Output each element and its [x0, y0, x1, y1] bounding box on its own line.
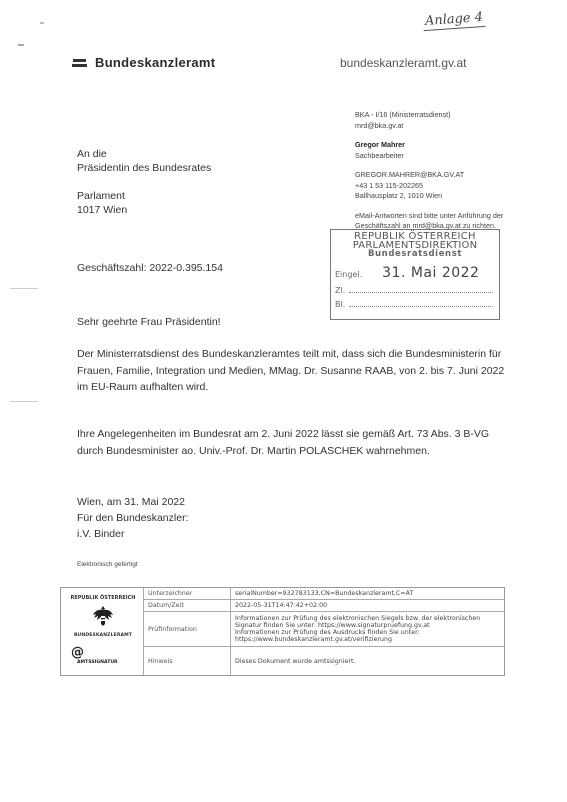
sender-phone: +43 1 53 115-202265: [355, 181, 503, 192]
scan-speck: [40, 22, 44, 24]
official-seal: REPUBLIK ÖSTERREICH BUNDESKANZLERAMT @ A…: [67, 591, 139, 673]
flag-logo-icon: [72, 59, 87, 67]
website-url: bundeskanzleramt.gv.at: [340, 56, 467, 70]
seal-organization: BUNDESKANZLERAMT: [67, 633, 139, 638]
verification-label: Prüfinformation: [144, 612, 231, 647]
sender-address: Ballhausplatz 2, 1010 Wien: [355, 191, 503, 202]
verification-line: Informationen zur Prüfung des elektronis…: [235, 615, 500, 622]
organization-name: Bundeskanzleramt: [95, 55, 215, 70]
reference-number: Geschäftszahl: 2022-0.395.154: [77, 262, 223, 274]
notice-label: Hinweis: [144, 647, 231, 675]
signature-block: REPUBLIK ÖSTERREICH BUNDESKANZLERAMT @ A…: [60, 587, 505, 676]
stamp-dotted-line: [349, 292, 493, 293]
sender-department-email: mrd@bka.gv.at: [355, 121, 503, 132]
body-paragraph: Ihre Angelegenheiten im Bundesrat am 2. …: [77, 426, 517, 459]
scan-speck: [18, 44, 24, 46]
received-stamp: REPUBLIK ÖSTERREICH PARLAMENTSDIREKTION …: [330, 229, 500, 320]
seal-arc-text: REPUBLIK ÖSTERREICH: [67, 595, 139, 601]
stamp-zl-label: Zl.: [335, 286, 345, 295]
sender-department: BKA - I/16 (Ministerratsdienst): [355, 110, 503, 121]
recipient-line: An die: [77, 147, 211, 161]
at-sign-icon: @: [71, 645, 84, 660]
recipient-line: 1017 Wien: [77, 203, 211, 217]
verification-line: Informationen zur Prüfung des Ausdrucks …: [235, 629, 500, 636]
stamp-received-label: Eingel.: [335, 270, 362, 279]
recipient-address: An die Präsidentin des Bundesrates Parla…: [77, 147, 211, 217]
recipient-line: Präsidentin des Bundesrates: [77, 161, 211, 175]
verification-line: Signatur finden Sie unter: https://www.s…: [235, 622, 500, 629]
recipient-line: Parlament: [77, 189, 211, 203]
sender-email: GREGOR.MAHRER@BKA.GV.AT: [355, 170, 503, 181]
stamp-received-date: 31. Mai 2022: [382, 265, 479, 281]
datetime-label: Datum/Zeit: [144, 600, 231, 612]
verification-value: Informationen zur Prüfung des elektronis…: [231, 612, 504, 647]
notice-value: Dieses Dokument wurde amtssigniert.: [231, 647, 504, 675]
sender-name: Gregor Mahrer: [355, 140, 503, 151]
fold-mark: [10, 401, 38, 402]
electronic-note: Elektronisch gefertigt: [77, 561, 138, 568]
on-behalf: Für den Bundeskanzler:: [77, 510, 188, 526]
closing-block: Wien, am 31. Mai 2022 Für den Bundeskanz…: [77, 494, 188, 542]
official-seal-cell: REPUBLIK ÖSTERREICH BUNDESKANZLERAMT @ A…: [61, 588, 144, 675]
seal-badge-text: AMTSSIGNATUR: [77, 660, 118, 665]
sender-role: Sachbearbeiter: [355, 151, 503, 162]
stamp-bl-label: Bl.: [335, 300, 345, 309]
organization-logo: Bundeskanzleramt: [72, 55, 215, 70]
handwritten-annotation: Anlage 4: [422, 10, 485, 31]
fold-mark: [10, 288, 38, 289]
verification-line: https://www.bundeskanzleramt.gv.at/verif…: [235, 636, 500, 643]
place-date: Wien, am 31. Mai 2022: [77, 494, 188, 510]
coat-of-arms-eagle-icon: [92, 604, 114, 628]
datetime-value: 2022-05-31T14:47:42+02:00: [231, 600, 504, 612]
stamp-line: Bundesratsdienst: [331, 250, 499, 259]
signer-value: serialNumber=932783133,CN=Bundeskanzlera…: [231, 588, 504, 600]
reply-note: eMail-Antworten sind bitte unter Anführu…: [355, 211, 503, 222]
signer-label: Unterzeichner: [144, 588, 231, 600]
sender-info: BKA - I/16 (Ministerratsdienst) mrd@bka.…: [355, 110, 503, 232]
signer: i.V. Binder: [77, 526, 188, 542]
salutation: Sehr geehrte Frau Präsidentin!: [77, 316, 221, 328]
body-paragraph: Der Ministerratsdienst des Bundeskanzler…: [77, 346, 517, 396]
stamp-dotted-line: [349, 306, 493, 307]
